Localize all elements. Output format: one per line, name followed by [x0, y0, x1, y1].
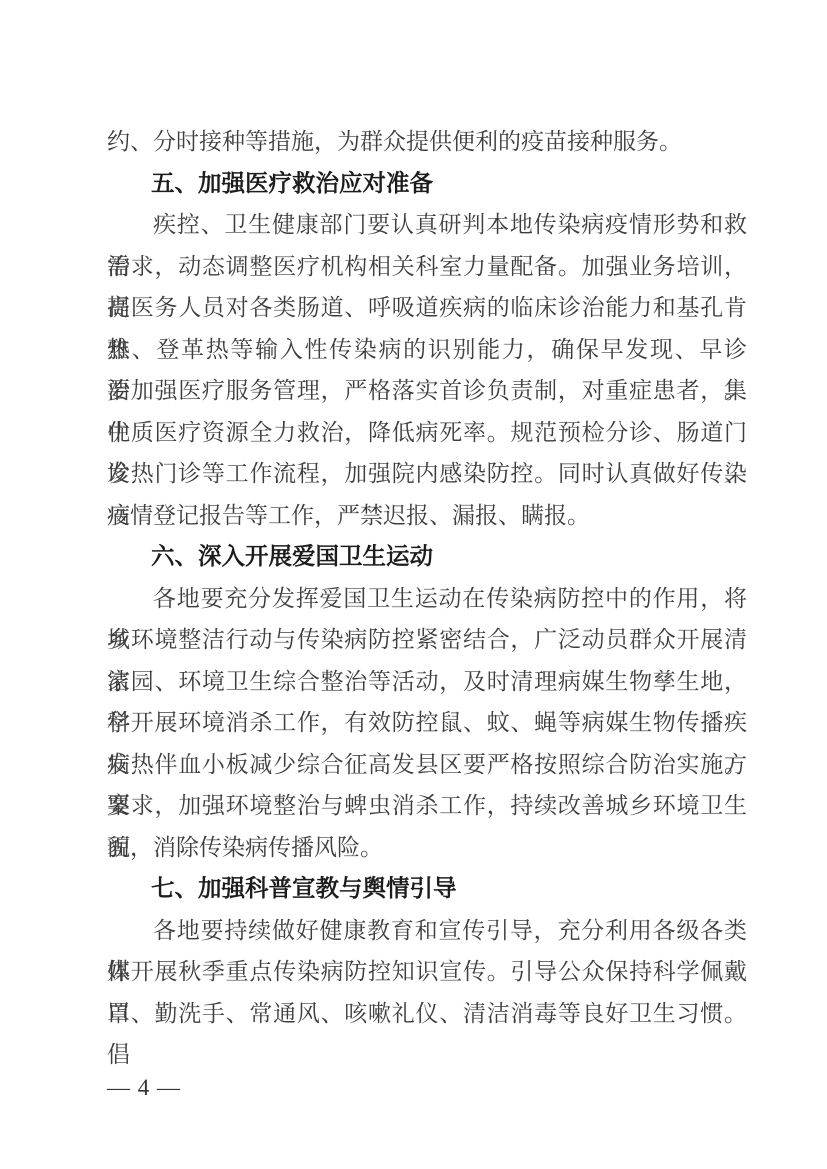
body-line: 疫情登记报告等工作，严禁迟报、漏报、瞒报。	[107, 495, 747, 537]
page-number: — 4 —	[107, 1075, 181, 1100]
body-line: 貌，消除传染病传播风险。	[107, 827, 747, 869]
body-line: 优质医疗资源全力救治，降低病死率。规范预检分诊、肠道门诊、	[107, 412, 747, 454]
document-page: 约、分时接种等措施，为群众提供便利的疫苗接种服务。 五、加强医疗救治应对准备 疾…	[0, 0, 827, 1169]
body-line: 家园、环境卫生综合整治等活动，及时清理病媒生物孳生地，科	[107, 661, 747, 703]
body-line: 学开展环境消杀工作，有效防控鼠、蚊、蝇等病媒生物传播疾病。	[107, 702, 747, 744]
section-heading-5: 五、加强医疗救治应对准备	[107, 163, 747, 205]
body-line: 乡环境整洁行动与传染病防控紧密结合，广泛动员群众开展清洁	[107, 619, 747, 661]
body-line: 罩、勤洗手、常通风、咳嗽礼仪、清洁消毒等良好卫生习惯。倡	[107, 993, 747, 1035]
document-body: 约、分时接种等措施，为群众提供便利的疫苗接种服务。 五、加强医疗救治应对准备 疾…	[107, 121, 747, 1034]
body-line: 体开展秋季重点传染病防控知识宣传。引导公众保持科学佩戴口	[107, 951, 747, 993]
body-line: 疾控、卫生健康部门要认真研判本地传染病疫情形势和救治	[107, 204, 747, 246]
section-heading-7: 七、加强科普宣教与舆情引导	[107, 868, 747, 910]
section-heading-6: 六、深入开展爱国卫生运动	[107, 536, 747, 578]
page-footer: — 4 —	[107, 1075, 181, 1101]
body-line: 高医务人员对各类肠道、呼吸道疾病的临床诊治能力和基孔肯雅	[107, 287, 747, 329]
body-line: 发热门诊等工作流程，加强院内感染防控。同时认真做好传染病	[107, 453, 747, 495]
body-line: 热、登革热等输入性传染病的识别能力，确保早发现、早诊治。	[107, 329, 747, 371]
body-line: 各地要持续做好健康教育和宣传引导，充分利用各级各类媒	[107, 910, 747, 952]
body-line: 要加强医疗服务管理，严格落实首诊负责制，对重症患者，集中	[107, 370, 747, 412]
body-line: 约、分时接种等措施，为群众提供便利的疫苗接种服务。	[107, 121, 747, 163]
body-line: 发热伴血小板减少综合征高发县区要严格按照综合防治实施方案	[107, 744, 747, 786]
body-line: 各地要充分发挥爱国卫生运动在传染病防控中的作用，将城	[107, 578, 747, 620]
body-line: 要求，加强环境整治与蜱虫消杀工作，持续改善城乡环境卫生面	[107, 785, 747, 827]
body-line: 需求，动态调整医疗机构相关科室力量配备。加强业务培训，提	[107, 246, 747, 288]
